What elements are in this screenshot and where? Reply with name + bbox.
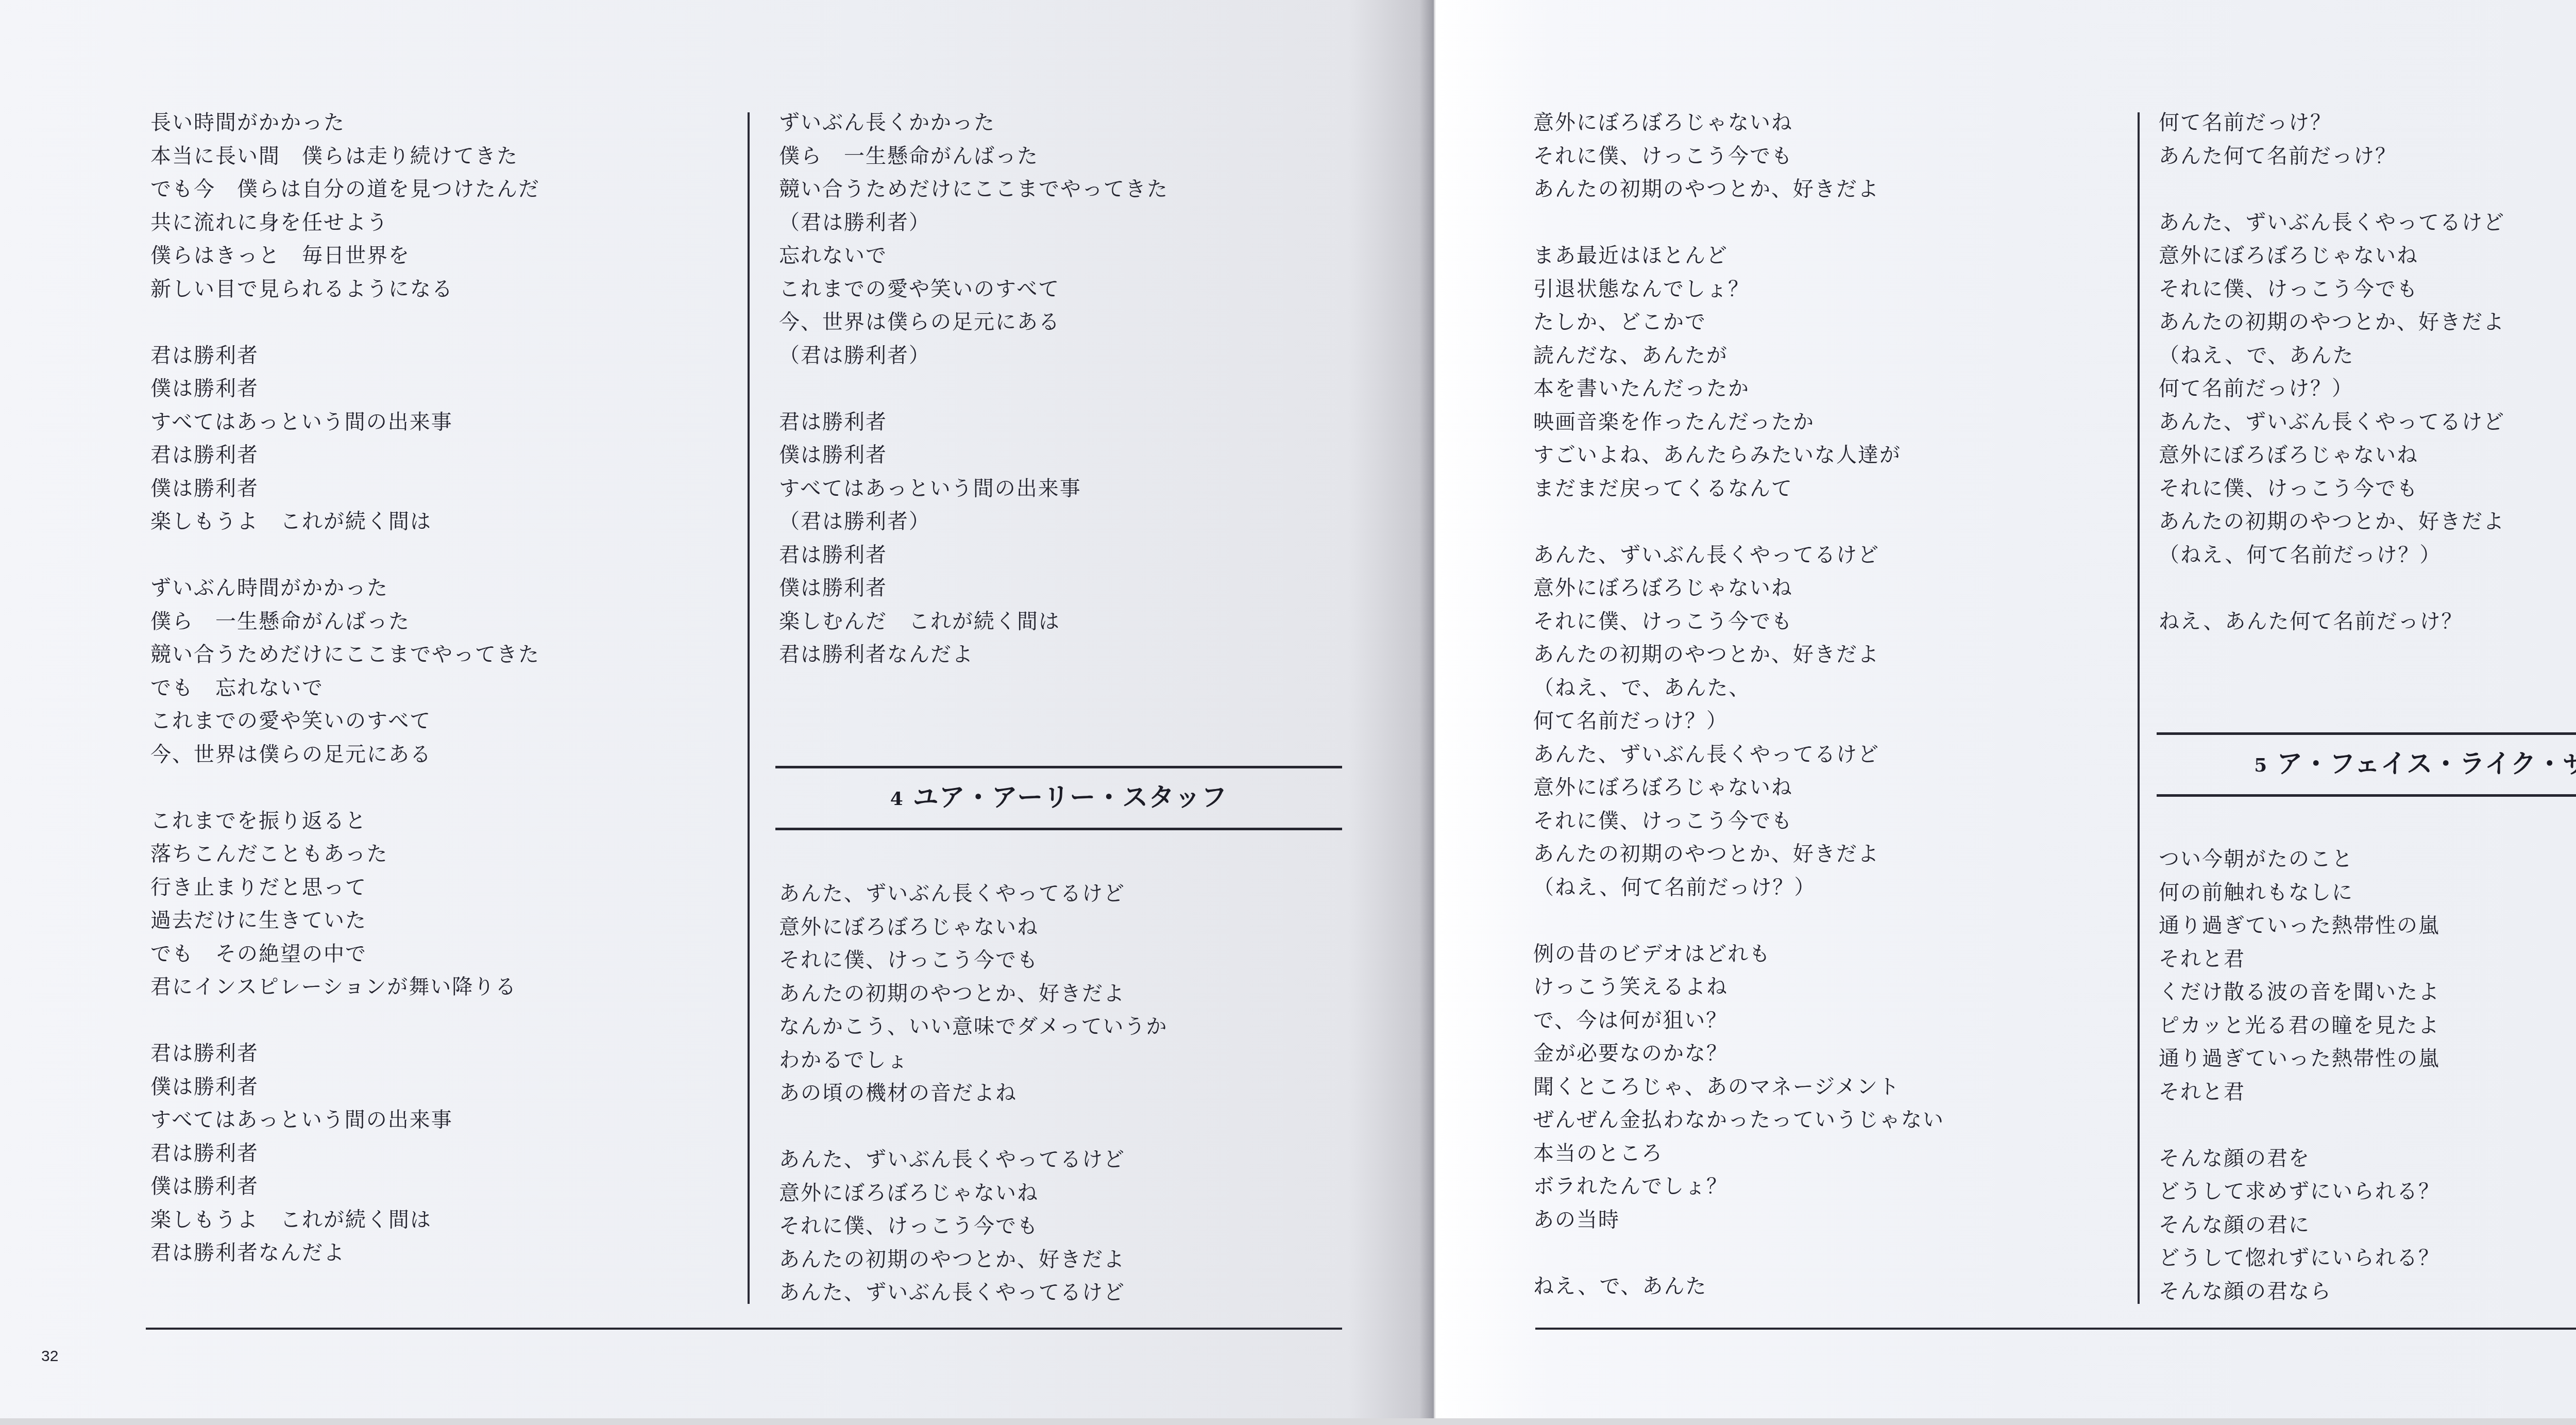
lyric-line: 通り過ぎていった熱帯性の嵐 (2159, 1046, 2440, 1071)
lyric-line: 君は勝利者 (150, 443, 259, 467)
lyric-line: そんな顔の君に (2159, 1213, 2310, 1237)
lyric-line: 君は勝利者なんだよ (150, 1240, 345, 1265)
lyric-line: あんた、ずいぶん長くやってるけど (1533, 543, 1879, 567)
lyric-line: くだけ散る波の音を聞いたよ (2159, 980, 2440, 1004)
lyric-line: 君は勝利者 (150, 343, 259, 368)
lyric-line: 僕は勝利者 (150, 1174, 259, 1199)
lyric-line: 僕は勝利者 (779, 443, 887, 467)
lyric-line: （君は勝利者） (779, 210, 930, 235)
lyric-line: これまでを振り返ると (150, 809, 367, 833)
lyric-line: 君は勝利者 (150, 1041, 259, 1066)
lyric-line: （ねえ、で、あんた (2159, 343, 2354, 368)
lyric-line: 例の昔のビデオはどれも (1533, 942, 1771, 966)
lyric-line: 今、世界は僕らの足元にある (779, 310, 1060, 334)
lyric-line: 共に流れに身を任せよう (150, 210, 388, 235)
lyric-line: （君は勝利者） (779, 343, 930, 368)
lyric-line: 意外にぼろぼろじゃないね (779, 1181, 1039, 1205)
lyric-line: 僕らはきっと 毎日世界を (150, 243, 410, 268)
lyric-line: すべてはあっという間の出来事 (150, 410, 453, 434)
lyric-line: ボラれたんでしょ？ (1533, 1174, 1728, 1199)
lyric-line: それと君 (2159, 1080, 2245, 1104)
lyric-line: 僕ら 一生懸命がんばった (779, 144, 1039, 169)
lyric-line: 君は勝利者 (779, 410, 887, 434)
lyric-line: それに僕、けっこう今でも (1533, 144, 1793, 169)
lyric-line: 忘れないで (779, 243, 887, 268)
lyric-line: 新しい目で見られるようになる (150, 277, 453, 301)
column-divider (2138, 112, 2140, 1304)
lyric-line: 君は勝利者なんだよ (779, 642, 974, 667)
lyric-line: 楽しむんだ これが続く間は (779, 609, 1060, 634)
lyric-line: それに僕、けっこう今でも (1533, 809, 1793, 833)
lyric-line: 僕は勝利者 (150, 1075, 259, 1099)
left-page: 長い時間がかかった本当に長い間 僕らは走り続けてきたでも今 僕らは自分の道を見つ… (0, 0, 1434, 1418)
lyric-line: 僕は勝利者 (150, 476, 259, 501)
right-page: 意外にぼろぼろじゃないねそれに僕、けっこう今でもあんたの初期のやつとか、好きだよ… (1435, 0, 2576, 1418)
lyric-line: 意外にぼろぼろじゃないね (1533, 576, 1793, 600)
lyric-line: あんたの初期のやつとか、好きだよ (1533, 177, 1879, 202)
lyric-line: 金が必要なのかな？ (1533, 1041, 1728, 1066)
lyric-line: そんな顔の君なら (2159, 1279, 2332, 1304)
lyric-line: あんた、ずいぶん長くやってるけど (779, 1280, 1125, 1305)
lyric-line: 本当に長い間 僕らは走り続けてきた (150, 144, 518, 169)
lyric-line: 僕は勝利者 (779, 576, 887, 600)
lyric-line: つい今朝がたのこと (2159, 847, 2353, 871)
lyric-line: まあ最近はほとんど (1533, 243, 1728, 268)
lyric-line: 落ちこんだこともあった (150, 842, 388, 866)
lyric-line: でも その絶望の中で (150, 942, 367, 966)
lyric-line: 僕ら 一生懸命がんばった (150, 609, 410, 634)
lyric-line: それに僕、けっこう今でも (1533, 609, 1793, 634)
lyric-line: あんたの初期のやつとか、好きだよ (2159, 310, 2505, 334)
lyric-line: あんた、ずいぶん長くやってるけど (2159, 410, 2505, 434)
lyric-line: どうして惚れずにいられる？ (2159, 1246, 2440, 1270)
song-title-4: 4ユア・アーリー・スタッフ (775, 782, 1342, 814)
lyric-line: （ねえ、何て名前だっけ？） (2159, 543, 2441, 567)
lyric-line: ねえ、あんた何て名前だっけ？ (2159, 609, 2463, 634)
title-rule-bottom (775, 828, 1342, 830)
song-title-5: 5ア・フェイス・ライク・ザット (2157, 748, 2576, 781)
lyric-line: 意外にぼろぼろじゃないね (779, 915, 1039, 940)
lyric-line: すべてはあっという間の出来事 (150, 1108, 453, 1132)
lyric-line: （ねえ、で、あんた、 (1533, 676, 1751, 700)
lyric-line: わかるでしょ (779, 1048, 909, 1072)
lyric-line: あんた、ずいぶん長くやってるけど (1533, 742, 1879, 767)
lyric-line: それに僕、けっこう今でも (779, 948, 1039, 973)
lyric-line: これまでの愛や笑いのすべて (150, 709, 431, 733)
lyric-line: たしか、どこかで (1533, 310, 1706, 334)
lyric-line: どうして求めずにいられる？ (2159, 1179, 2440, 1204)
lyric-line: なんかこう、いい意味でダメっていうか (779, 1014, 1167, 1039)
lyric-line: ピカッと光る君の瞳を見たよ (2159, 1013, 2440, 1038)
lyric-line: 意外にぼろぼろじゃないね (2159, 243, 2418, 268)
lyric-line: 楽しもうよ これが続く間は (150, 509, 432, 534)
lyric-line: （ねえ、何て名前だっけ？） (1533, 875, 1816, 900)
lyric-line: すごいよね、あんたらみたいな人達が (1533, 443, 1901, 467)
lyric-line: ずいぶん時間がかかった (150, 576, 388, 600)
lyric-line: 長い時間がかかった (150, 110, 345, 135)
lyric-line: あんたの初期のやつとか、好きだよ (2159, 509, 2505, 534)
song-number: 4 (890, 788, 904, 810)
lyric-line: それに僕、けっこう今でも (2159, 476, 2418, 501)
lyric-line: 過去だけに生きていた (150, 908, 367, 933)
lyric-line: 君は勝利者 (150, 1141, 259, 1166)
lyric-line: それに僕、けっこう今でも (779, 1214, 1039, 1238)
lyric-line: 競い合うためだけにここまでやってきた (779, 177, 1168, 202)
song-title-text: ユア・アーリー・スタッフ (913, 782, 1228, 812)
lyric-line: それと君 (2159, 947, 2245, 971)
lyric-line: 読んだな、あんたが (1533, 343, 1728, 368)
lyric-line: けっこう笑えるよね (1533, 975, 1728, 999)
lyric-line: あの当時 (1533, 1208, 1620, 1232)
title-rule-top (775, 766, 1342, 768)
lyric-line: 意外にぼろぼろじゃないね (2159, 443, 2418, 467)
lyric-line: 楽しもうよ これが続く間は (150, 1208, 432, 1232)
lyric-line: 通り過ぎていった熱帯性の嵐 (2159, 913, 2440, 938)
title-rule-top (2157, 732, 2576, 735)
column-divider (748, 112, 750, 1304)
lyric-line: ずいぶん長くかかった (779, 110, 995, 135)
lyric-line: そんな顔の君を (2159, 1146, 2310, 1171)
lyric-line: 本当のところ (1533, 1141, 1663, 1166)
lyric-line: あんた、ずいぶん長くやってるけど (2159, 210, 2505, 235)
lyric-line: 何て名前だっけ？） (1533, 709, 1728, 733)
lyric-line: 何て名前だっけ？） (2159, 376, 2353, 401)
lyric-line: それに僕、けっこう今でも (2159, 277, 2418, 301)
footer-rule (146, 1328, 1342, 1330)
lyric-line: あんた、ずいぶん長くやってるけど (779, 1147, 1125, 1172)
lyric-line: でも今 僕らは自分の道を見つけたんだ (150, 177, 540, 202)
lyric-line: 君は勝利者 (779, 543, 887, 567)
lyric-line: （君は勝利者） (779, 509, 930, 534)
lyric-line: 行き止まりだと思って (150, 875, 367, 900)
lyric-line: あんた、ずいぶん長くやってるけど (779, 881, 1125, 906)
lyric-line: あんたの初期のやつとか、好きだよ (779, 981, 1125, 1006)
lyric-line: でも 忘れないで (150, 676, 324, 700)
lyric-line: 僕は勝利者 (150, 376, 259, 401)
lyric-line: 意外にぼろぼろじゃないね (1533, 775, 1793, 800)
lyric-line: 何の前触れもなしに (2159, 880, 2353, 905)
lyric-line: 本を書いたんだったか (1533, 376, 1750, 401)
lyric-line: で、今は何が狙い？ (1533, 1008, 1727, 1033)
lyric-line: 意外にぼろぼろじゃないね (1533, 110, 1793, 135)
title-rule-bottom (2157, 794, 2576, 797)
lyric-line: すべてはあっという間の出来事 (779, 476, 1081, 501)
lyric-line: 聞くところじゃ、あのマネージメント (1533, 1075, 1900, 1099)
song-number: 5 (2254, 755, 2267, 776)
lyric-line: 君にインスピレーションが舞い降りる (150, 975, 517, 999)
lyric-line: 今、世界は僕らの足元にある (150, 742, 432, 767)
lyric-line: これまでの愛や笑いのすべて (779, 277, 1060, 301)
footer-rule (1535, 1328, 2576, 1330)
lyric-line: ぜんぜん金払わなかったっていうじゃない (1533, 1108, 1944, 1132)
lyric-line: ねえ、で、あんた (1533, 1274, 1707, 1299)
lyric-line: 何て名前だっけ？ (2159, 110, 2332, 135)
lyric-line: 競い合うためだけにここまでやってきた (150, 642, 540, 667)
page-number: 32 (41, 1348, 58, 1365)
lyric-line: あの頃の機材の音だよね (779, 1081, 1017, 1105)
lyric-line: あんたの初期のやつとか、好きだよ (1533, 642, 1879, 667)
lyric-line: まだまだ戻ってくるなんて (1533, 476, 1793, 501)
lyric-line: 映画音楽を作ったんだったか (1533, 410, 1815, 434)
lyric-line: あんたの初期のやつとか、好きだよ (779, 1247, 1125, 1272)
lyric-line: あんた何て名前だっけ？ (2159, 144, 2397, 169)
lyric-line: 引退状態なんでしょ？ (1533, 277, 1750, 301)
lyric-line: あんたの初期のやつとか、好きだよ (1533, 842, 1879, 866)
song-title-text: ア・フェイス・ライク・ザット (2277, 749, 2576, 779)
